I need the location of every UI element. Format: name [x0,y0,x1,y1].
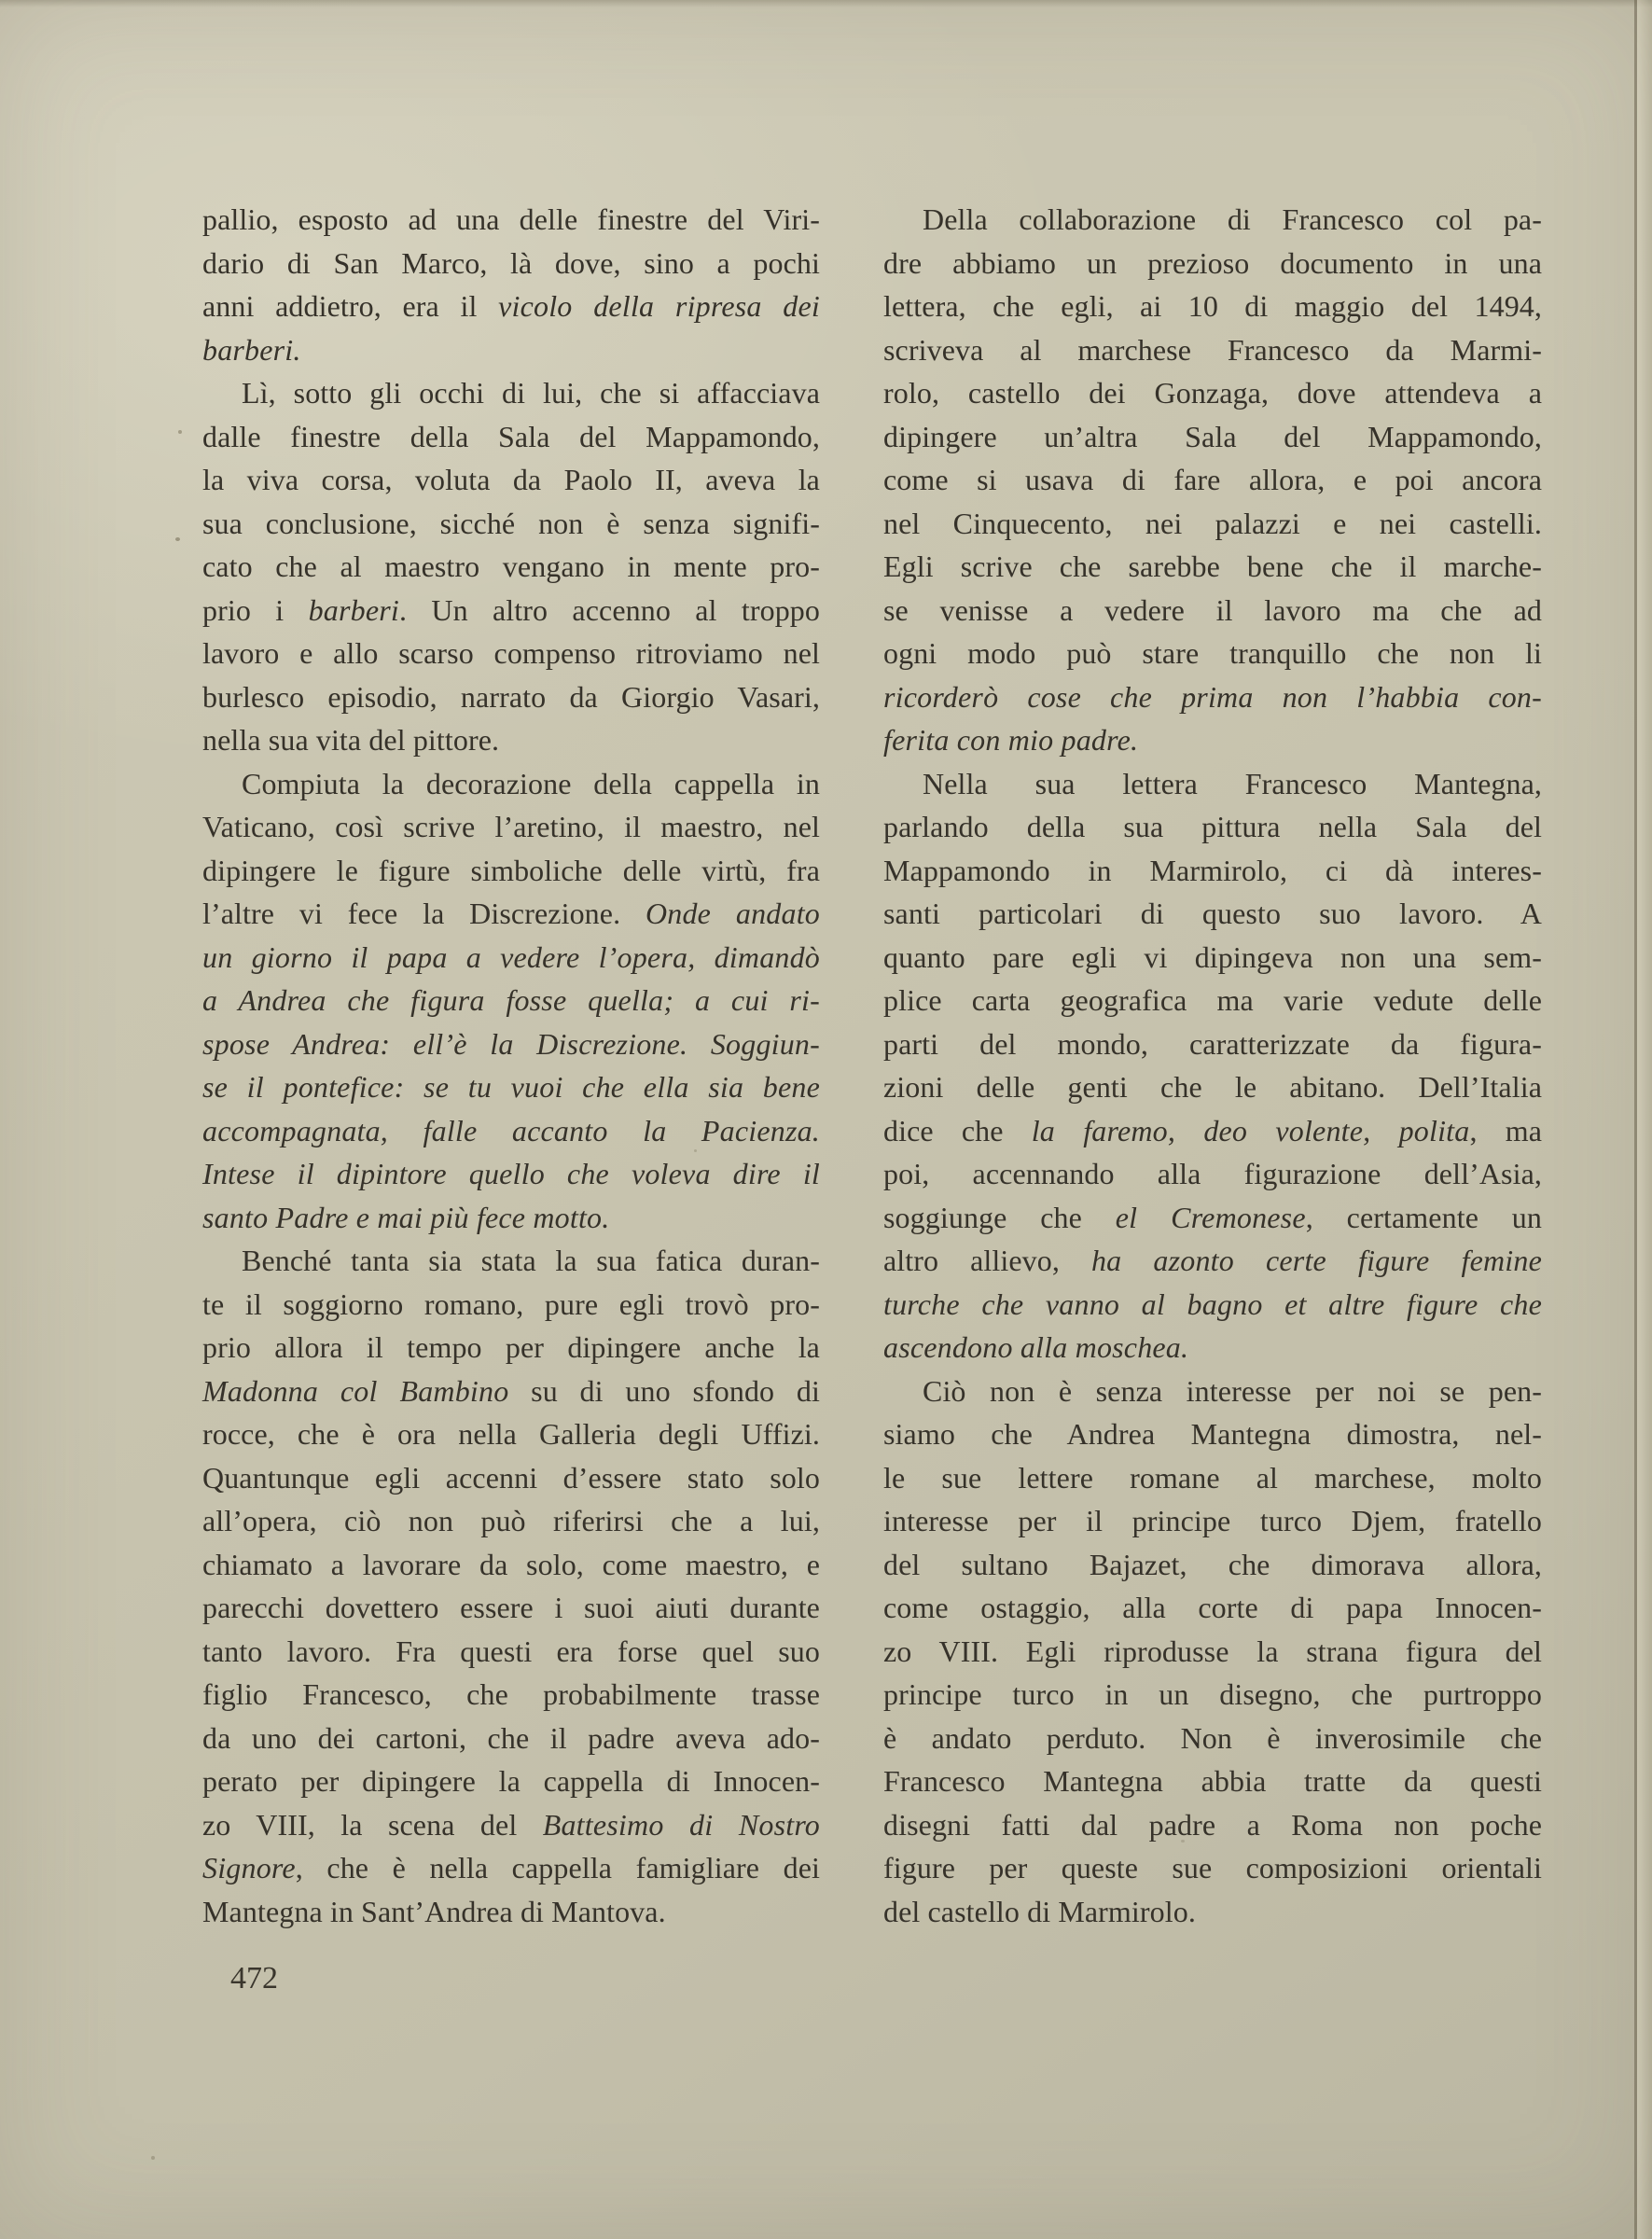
text-line: prio i barberi. Un altro accenno al trop… [202,589,820,633]
text-line: spose Andrea: ell’è la Discrezione. Sogg… [202,1022,820,1066]
text-line: parti del mondo, caratterizzate da figur… [883,1022,1542,1066]
text-line: anni addietro, era il vicolo della ripre… [202,285,820,328]
text-line: poi, accennando alla figurazione dell’As… [883,1152,1542,1196]
text-line: turche che vanno al bagno et altre figur… [883,1283,1542,1327]
text-line: Egli scrive che sarebbe bene che il marc… [883,545,1542,589]
text-line: a Andrea che figura fosse quella; a cui … [202,979,820,1022]
paper-speck [694,1149,697,1152]
text-line: soggiunge che el Cremonese, certamente u… [883,1196,1542,1240]
text-line: interesse per il principe turco Djem, fr… [883,1499,1542,1543]
text-line: Intese il dipintore quello che voleva di… [202,1152,820,1196]
text-line: parecchi dovettero essere i suoi aiuti d… [202,1586,820,1630]
text-line: dalle finestre della Sala del Mappamondo… [202,415,820,459]
text-line: nella sua vita del pittore. [202,718,820,762]
text-line: accompagnata, falle accanto la Pacienza. [202,1109,820,1153]
text-line: zo VIII. Egli riprodusse la strana figur… [883,1630,1542,1674]
text-line: Francesco Mantegna abbia tratte da quest… [883,1759,1542,1803]
paper-speck [1181,1840,1185,1843]
text-line: cato che al maestro vengano in mente pro… [202,545,820,589]
text-line: Ciò non è senza interesse per noi se pen… [883,1370,1542,1413]
text-line: santi particolari di questo suo lavoro. … [883,892,1542,936]
text-line: zioni delle genti che le abitano. Dell’I… [883,1065,1542,1109]
text-line: scriveva al marchese Francesco da Marmi- [883,328,1542,372]
text-line: Compiuta la decorazione della cappella i… [202,762,820,806]
text-line: Benché tanta sia stata la sua fatica dur… [202,1239,820,1283]
text-line: da uno dei cartoni, che il padre aveva a… [202,1717,820,1760]
text-line: perato per dipingere la cappella di Inno… [202,1759,820,1803]
text-line: come ostaggio, alla corte di papa Innoce… [883,1586,1542,1630]
paper-speck [175,537,180,541]
scan-page-edge-line [1634,0,1637,2239]
text-column-right: Della collaborazione di Francesco col pa… [883,198,1542,1933]
text-line: altro allievo, ha azonto certe figure fe… [883,1239,1542,1283]
text-line: lettera, che egli, ai 10 di maggio del 1… [883,285,1542,328]
text-line: Nella sua lettera Francesco Mantegna, [883,762,1542,806]
scan-top-shadow [0,0,1652,7]
text-line: figure per queste sue composizioni orien… [883,1846,1542,1890]
text-line: l’altre vi fece la Discrezione. Onde and… [202,892,820,936]
text-line: è andato perduto. Non è inverosimile che [883,1717,1542,1760]
text-line: lavoro e allo scarso compenso ritroviamo… [202,632,820,675]
text-line: ricorderò cose che prima non l’habbia co… [883,675,1542,719]
text-line: Madonna col Bambino su di uno sfondo di [202,1370,820,1413]
text-line: siamo che Andrea Mantegna dimostra, nel- [883,1412,1542,1456]
text-line: rolo, castello dei Gonzaga, dove attende… [883,371,1542,415]
text-line: te il soggiorno romano, pure egli trovò … [202,1283,820,1327]
text-line: la viva corsa, voluta da Paolo II, aveva… [202,458,820,502]
text-line: santo Padre e mai più fece motto. [202,1196,820,1240]
text-line: un giorno il papa a vedere l’opera, dima… [202,936,820,980]
text-line: Signore, che è nella cappella famigliare… [202,1846,820,1890]
text-line: ascendono alla moschea. [883,1326,1542,1370]
scan-page-edge [1637,0,1652,2239]
text-line: se il pontefice: se tu vuoi che ella sia… [202,1065,820,1109]
text-line: dipingere le figure simboliche delle vir… [202,849,820,893]
text-line: chiamato a lavorare da solo, come maestr… [202,1543,820,1587]
text-line: dario di San Marco, là dove, sino a poch… [202,242,820,285]
text-line: del castello di Marmirolo. [883,1890,1542,1934]
text-line: Mantegna in Sant’Andrea di Mantova. [202,1890,820,1934]
text-line: Mappamondo in Marmirolo, ci dà interes- [883,849,1542,893]
text-line: parlando della sua pittura nella Sala de… [883,805,1542,849]
text-line: nel Cinquecento, nei palazzi e nei caste… [883,502,1542,546]
text-line: dipingere un’altra Sala del Mappamondo, [883,415,1542,459]
page-number: 472 [230,1963,278,1995]
text-line: tanto lavoro. Fra questi era forse quel … [202,1630,820,1674]
text-line: Vaticano, così scrive l’aretino, il maes… [202,805,820,849]
text-line: Lì, sotto gli occhi di lui, che si affac… [202,371,820,415]
text-line: all’opera, ciò non può riferirsi che a l… [202,1499,820,1543]
text-line: ogni modo può stare tranquillo che non l… [883,632,1542,675]
text-line: principe turco in un disegno, che purtro… [883,1673,1542,1717]
text-line: se venisse a vedere il lavoro ma che ad [883,589,1542,633]
text-line: le sue lettere romane al marchese, molto [883,1456,1542,1500]
text-line: burlesco episodio, narrato da Giorgio Va… [202,675,820,719]
text-line: figlio Francesco, che probabilmente tras… [202,1673,820,1717]
text-line: barberi. [202,328,820,372]
text-line: Quantunque egli accenni d’essere stato s… [202,1456,820,1500]
text-line: prio allora il tempo per dipingere anche… [202,1326,820,1370]
text-line: plice carta geografica ma varie vedute d… [883,979,1542,1022]
text-line: quanto pare egli vi dipingeva non una se… [883,936,1542,980]
text-line: come si usava di fare allora, e poi anco… [883,458,1542,502]
text-line: disegni fatti dal padre a Roma non poche [883,1803,1542,1847]
text-line: zo VIII, la scena del Battesimo di Nostr… [202,1803,820,1847]
text-line: Della collaborazione di Francesco col pa… [883,198,1542,242]
paper-speck [178,430,182,434]
paper-speck [151,2156,155,2160]
text-line: dice che la faremo, deo volente, polita,… [883,1109,1542,1153]
text-line: rocce, che è ora nella Galleria degli Uf… [202,1412,820,1456]
text-line: dre abbiamo un prezioso documento in una [883,242,1542,285]
text-line: pallio, esposto ad una delle finestre de… [202,198,820,242]
text-line: sua conclusione, sicché non è senza sign… [202,502,820,546]
text-line: del sultano Bajazet, che dimorava allora… [883,1543,1542,1587]
text-column-left: pallio, esposto ad una delle finestre de… [202,198,820,1933]
text-line: ferita con mio padre. [883,718,1542,762]
